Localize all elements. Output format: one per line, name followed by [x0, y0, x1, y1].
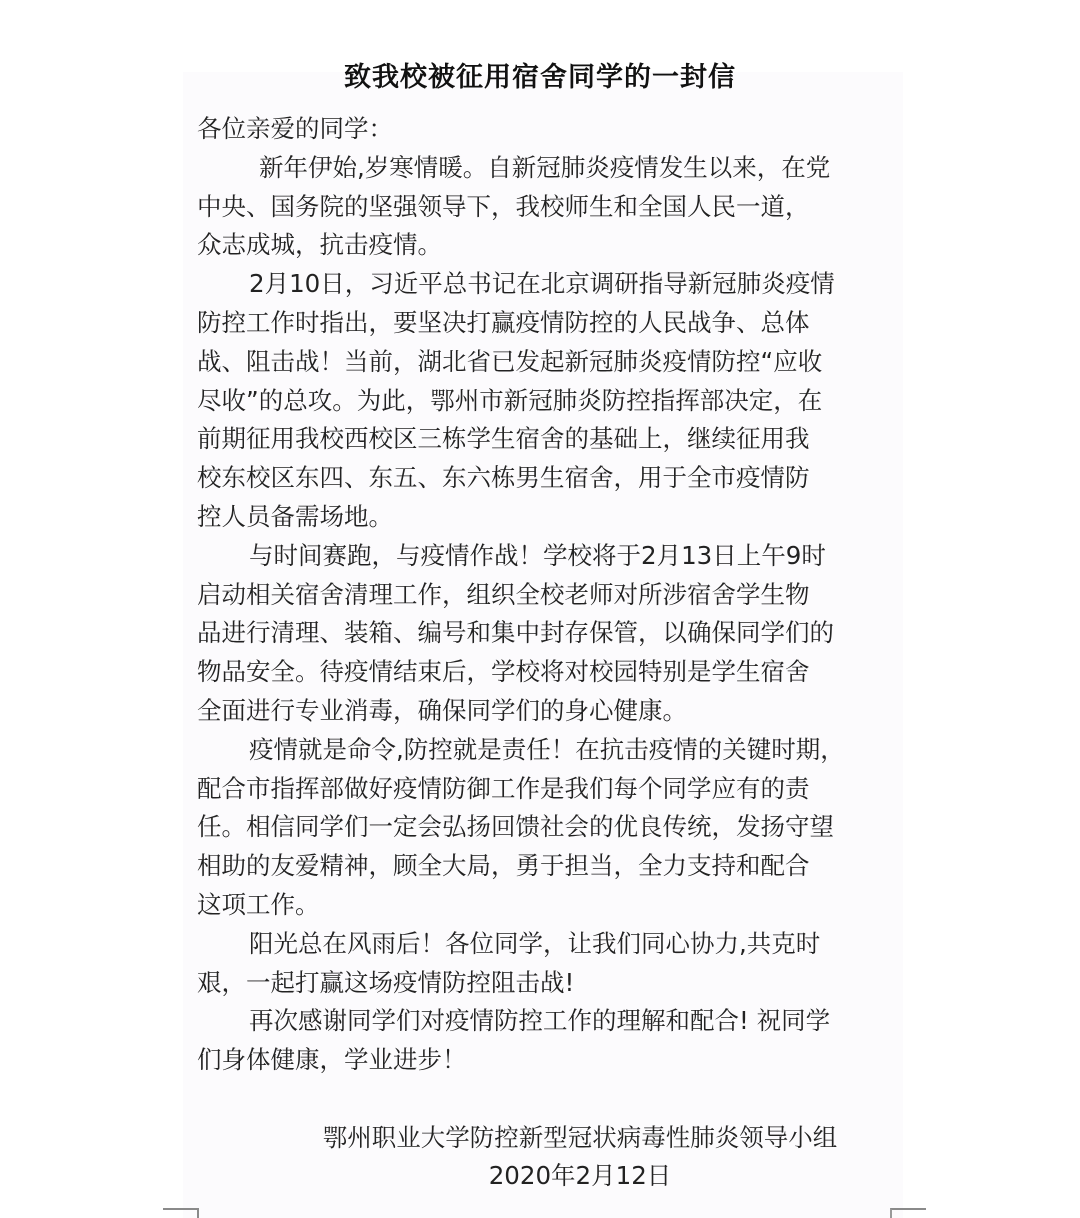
paragraph-line: 校东校区东四、东五、东六栋男生宿舍，用于全市疫情防	[197, 459, 897, 498]
paragraph-line: 疫情就是命令,防控就是责任！在抗击疫情的关键时期，	[197, 731, 897, 770]
paragraph-line: 防控工作时指出，要坚决打赢疫情防控的人民战争、总体	[197, 304, 897, 343]
paragraph-line: 新年伊始,岁寒情暖。自新冠肺炎疫情发生以来，在党	[197, 149, 897, 188]
paragraph-line: 前期征用我校西校区三栋学生宿舍的基础上，继续征用我	[197, 420, 897, 459]
paragraph-line: 启动相关宿舍清理工作，组织全校老师对所涉宿舍学生物	[197, 576, 897, 615]
paragraph-line: 控人员备需场地。	[197, 498, 897, 537]
paragraph-line: 配合市指挥部做好疫情防御工作是我们每个同学应有的责	[197, 770, 897, 809]
paragraph-line: 相助的友爱精神，顾全大局，勇于担当，全力支持和配合	[197, 847, 897, 886]
signature-block: 鄂州职业大学防控新型冠状病毒性肺炎领导小组 2020年2月12日	[280, 1119, 880, 1195]
crop-corner-mark-right	[890, 1208, 926, 1218]
signature-organization: 鄂州职业大学防控新型冠状病毒性肺炎领导小组	[280, 1119, 880, 1157]
paragraph-line: 任。相信同学们一定会弘扬回馈社会的优良传统，发扬守望	[197, 808, 897, 847]
paragraph-line: 中央、国务院的坚强领导下，我校师生和全国人民一道，	[197, 188, 897, 227]
paragraph-line: 战、阻击战！当前，湖北省已发起新冠肺炎疫情防控“应收	[197, 343, 897, 382]
paragraph-line: 艰，一起打赢这场疫情防控阻击战!	[197, 964, 897, 1003]
paragraph-line: 再次感谢同学们对疫情防控工作的理解和配合! 祝同学	[197, 1002, 897, 1041]
paragraph-line: 们身体健康，学业进步！	[197, 1041, 897, 1080]
paragraph-line: 众志成城，抗击疫情。	[197, 226, 897, 265]
crop-corner-mark-left	[163, 1208, 199, 1218]
paragraph-line: 阳光总在风雨后！各位同学，让我们同心协力,共克时	[197, 925, 897, 964]
paragraph-line: 这项工作。	[197, 886, 897, 925]
paragraph-line: 品进行清理、装箱、编号和集中封存保管，以确保同学们的	[197, 614, 897, 653]
letter-body: 各位亲爱的同学： 新年伊始,岁寒情暖。自新冠肺炎疫情发生以来，在党 中央、国务院…	[197, 110, 897, 1080]
paragraph-responsibility: 疫情就是命令,防控就是责任！在抗击疫情的关键时期， 配合市指挥部做好疫情防御工作…	[197, 731, 897, 925]
paragraph-line: 与时间赛跑，与疫情作战！学校将于2月13日上午9时	[197, 537, 897, 576]
paragraph-line: 物品安全。待疫情结束后，学校将对校园特别是学生宿舍	[197, 653, 897, 692]
signature-date: 2020年2月12日	[280, 1157, 880, 1195]
paragraph-line: 全面进行专业消毒，确保同学们的身心健康。	[197, 692, 897, 731]
salutation: 各位亲爱的同学：	[197, 110, 897, 149]
paragraph-encouragement: 阳光总在风雨后！各位同学，让我们同心协力,共克时 艰，一起打赢这场疫情防控阻击战…	[197, 925, 897, 1003]
paragraph-line: 尽收”的总攻。为此，鄂州市新冠肺炎防控指挥部决定，在	[197, 382, 897, 421]
paragraph-background: 2月10日，习近平总书记在北京调研指导新冠肺炎疫情 防控工作时指出，要坚决打赢疫…	[197, 265, 897, 537]
paragraph-arrangement: 与时间赛跑，与疫情作战！学校将于2月13日上午9时 启动相关宿舍清理工作，组织全…	[197, 537, 897, 731]
paragraph-line: 2月10日，习近平总书记在北京调研指导新冠肺炎疫情	[197, 265, 897, 304]
paragraph-opening: 新年伊始,岁寒情暖。自新冠肺炎疫情发生以来，在党 中央、国务院的坚强领导下，我校…	[197, 149, 897, 265]
document-title: 致我校被征用宿舍同学的一封信	[0, 56, 1080, 100]
paragraph-closing: 再次感谢同学们对疫情防控工作的理解和配合! 祝同学 们身体健康，学业进步！	[197, 1002, 897, 1080]
